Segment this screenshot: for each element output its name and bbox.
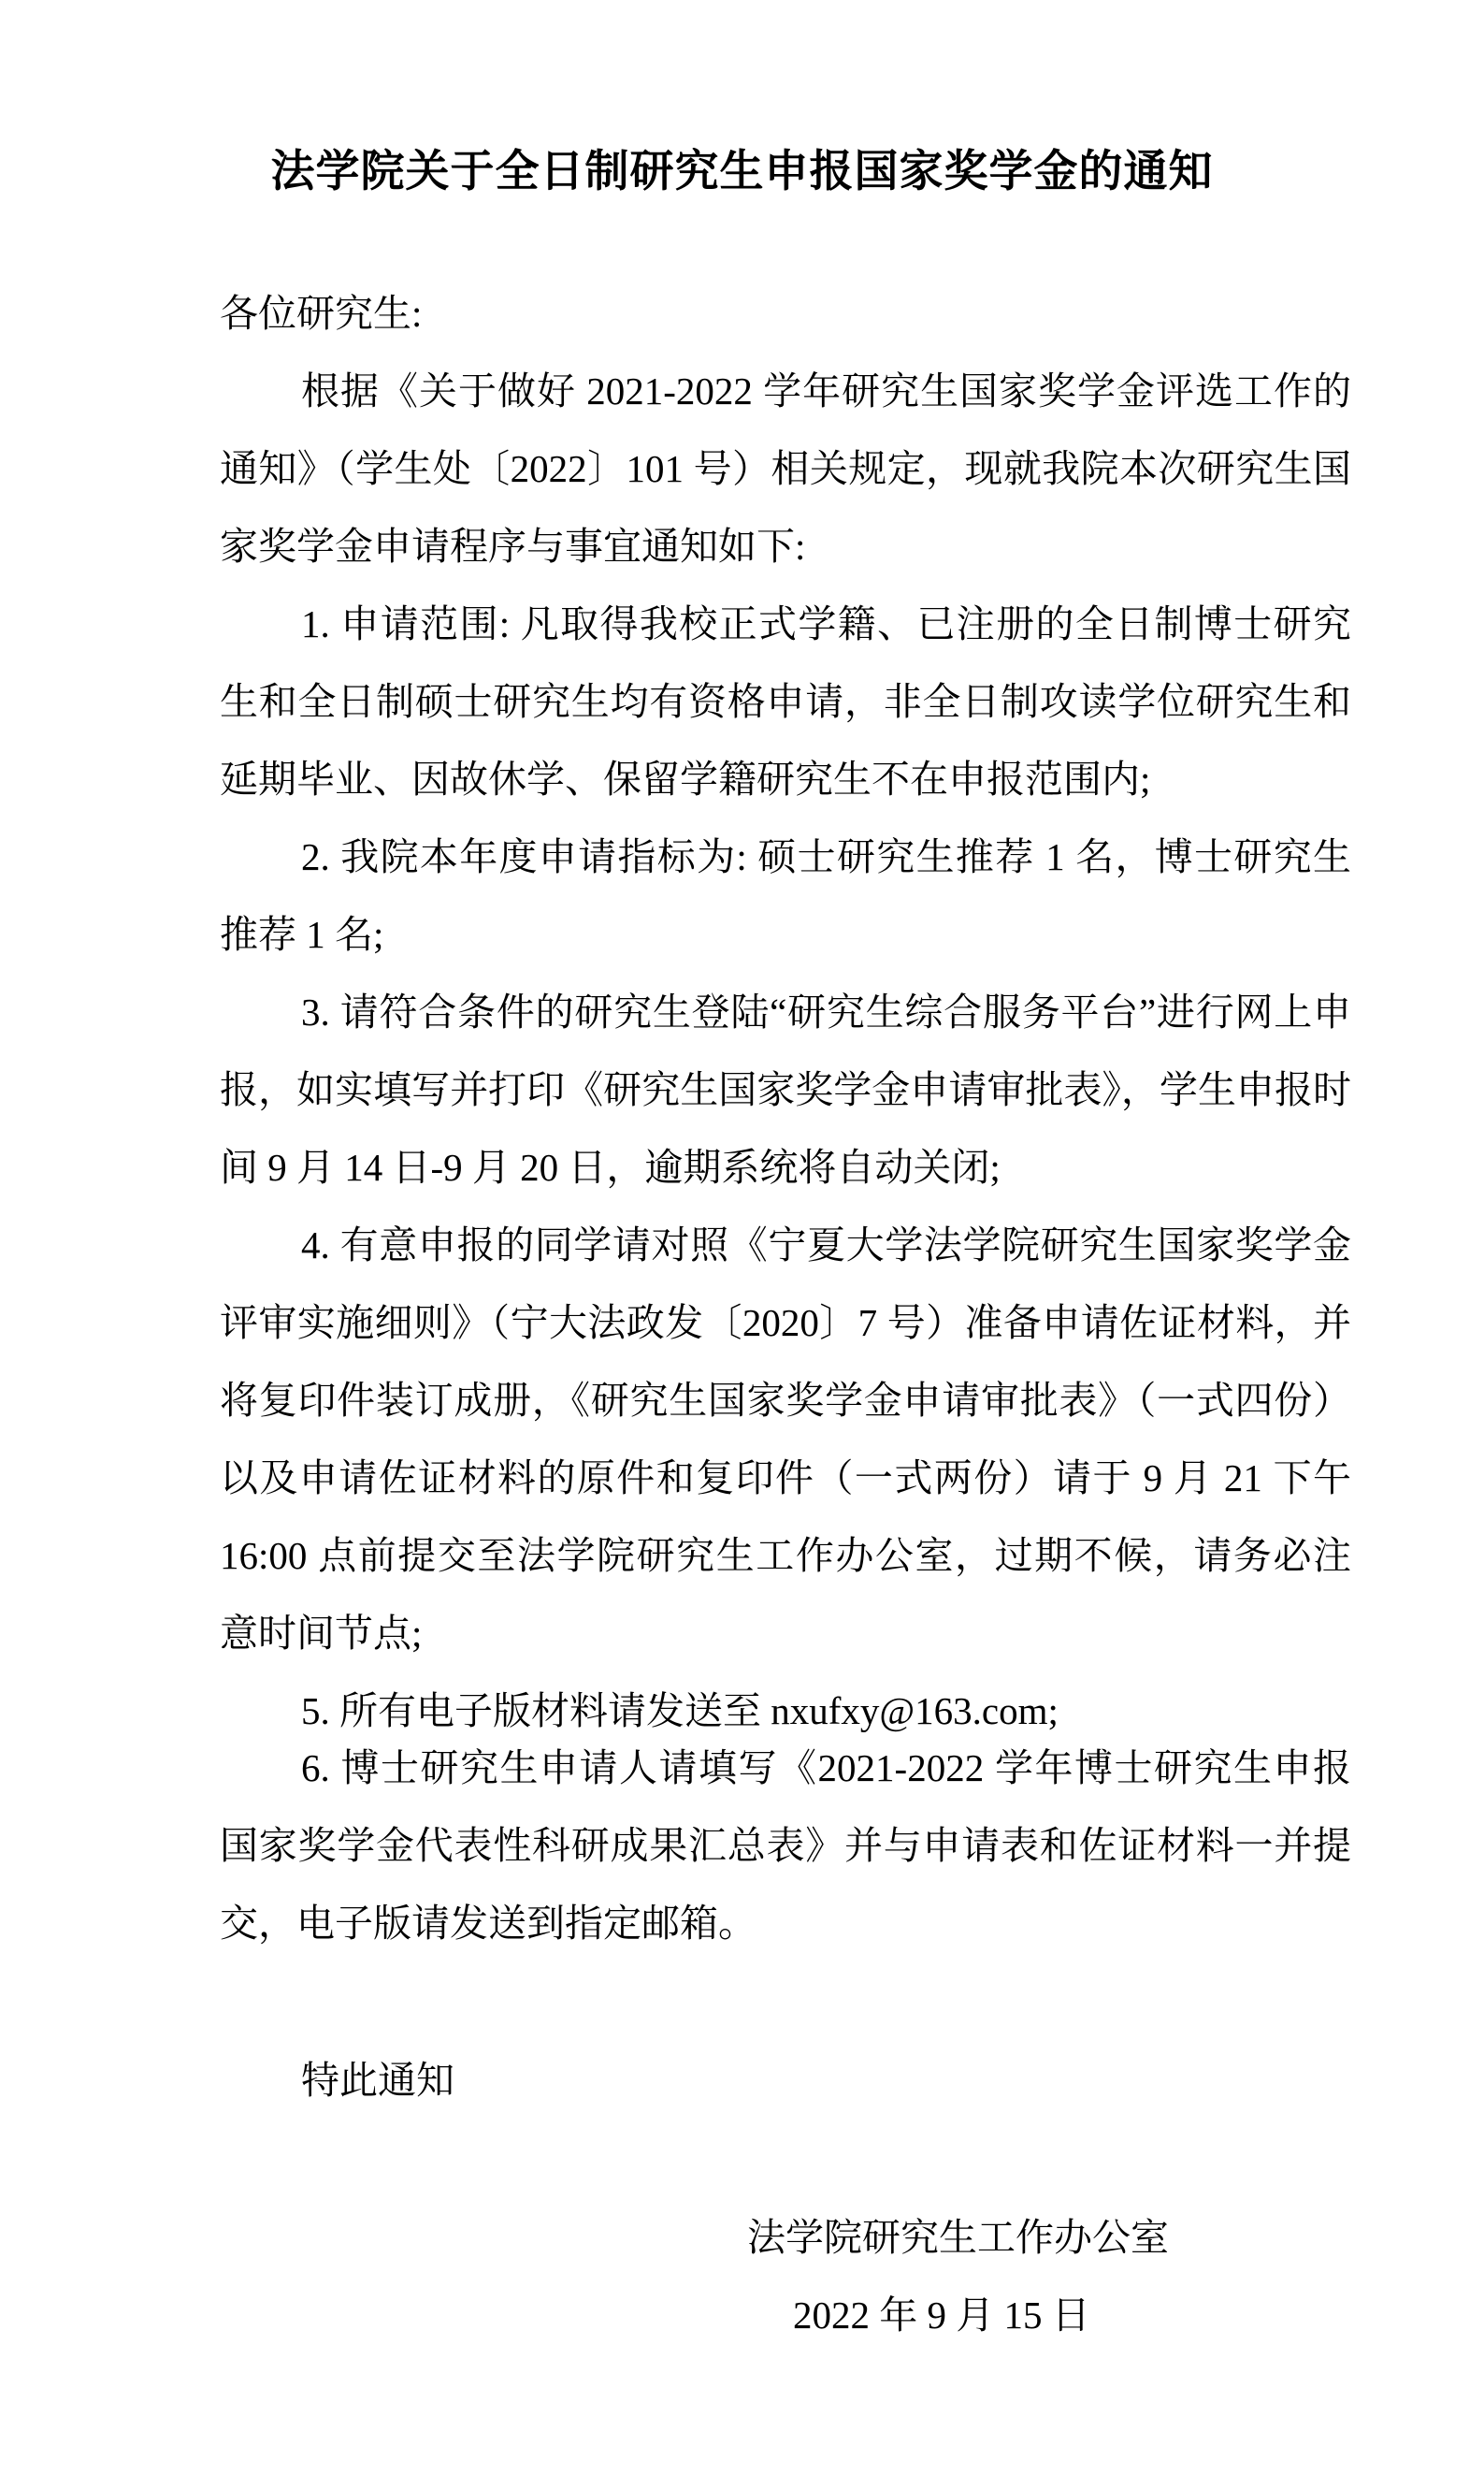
paragraph-item-1: 1. 申请范围: 凡取得我校正式学籍、已注册的全日制博士研究生和全日制硕士研究生… <box>220 586 1351 818</box>
signature-date: 2022 年 9 月 15 日 <box>220 2277 1351 2354</box>
document-body: 各位研究生: 根据《关于做好 2021-2022 学年研究生国家奖学金评选工作的… <box>220 275 1351 2354</box>
document-title: 法学院关于全日制研究生申报国家奖学金的通知 <box>0 0 1484 206</box>
paragraph-item-4: 4. 有意申报的同学请对照《宁夏大学法学院研究生国家奖学金评审实施细则》（宁大法… <box>220 1207 1351 1672</box>
paragraph-intro: 根据《关于做好 2021-2022 学年研究生国家奖学金评选工作的通知》（学生处… <box>220 353 1351 586</box>
closing-phrase: 特此通知 <box>220 2042 1351 2120</box>
salutation: 各位研究生: <box>220 275 1351 353</box>
signature-office: 法学院研究生工作办公室 <box>220 2199 1351 2277</box>
paragraph-item-2: 2. 我院本年度申请指标为: 硕士研究生推荐 1 名，博士研究生推荐 1 名; <box>220 818 1351 974</box>
notice-document-page: 法学院关于全日制研究生申报国家奖学金的通知 各位研究生: 根据《关于做好 202… <box>0 0 1484 2489</box>
paragraph-item-3: 3. 请符合条件的研究生登陆“研究生综合服务平台”进行网上申报，如实填写并打印《… <box>220 974 1351 1207</box>
paragraph-item-6: 6. 博士研究生申请人请填写《2021-2022 学年博士研究生申报国家奖学金代… <box>220 1729 1351 1962</box>
